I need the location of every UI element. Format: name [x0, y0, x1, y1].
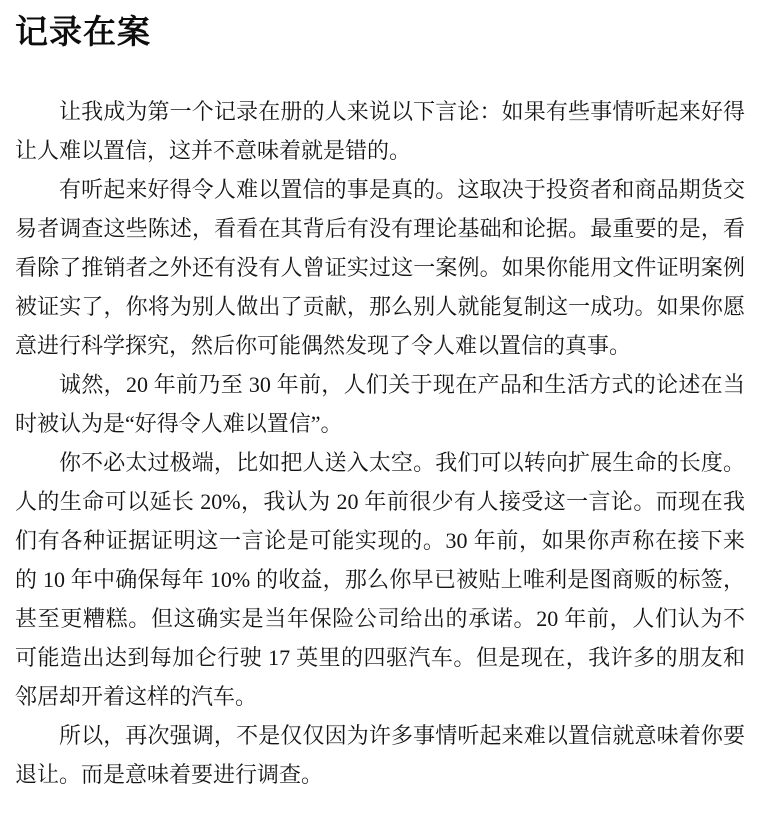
paragraph: 你不必太过极端，比如把人送入太空。我们可以转向扩展生命的长度。人的生命可以延长 … [15, 443, 745, 716]
book-page: 记录在案 让我成为第一个记录在册的人来说以下言论：如果有些事情听起来好得让人难以… [0, 0, 758, 839]
chapter-title: 记录在案 [15, 15, 745, 49]
paragraph: 所以，再次强调，不是仅仅因为许多事情听起来难以置信就意味着你要退让。而是意味着要… [15, 716, 745, 794]
body-text: 让我成为第一个记录在册的人来说以下言论：如果有些事情听起来好得让人难以置信，这并… [15, 92, 745, 794]
paragraph: 让我成为第一个记录在册的人来说以下言论：如果有些事情听起来好得让人难以置信，这并… [15, 92, 745, 170]
paragraph: 有听起来好得令人难以置信的事是真的。这取决于投资者和商品期货交易者调查这些陈述，… [15, 170, 745, 365]
paragraph: 诚然，20 年前乃至 30 年前，人们关于现在产品和生活方式的论述在当时被认为是… [15, 365, 745, 443]
